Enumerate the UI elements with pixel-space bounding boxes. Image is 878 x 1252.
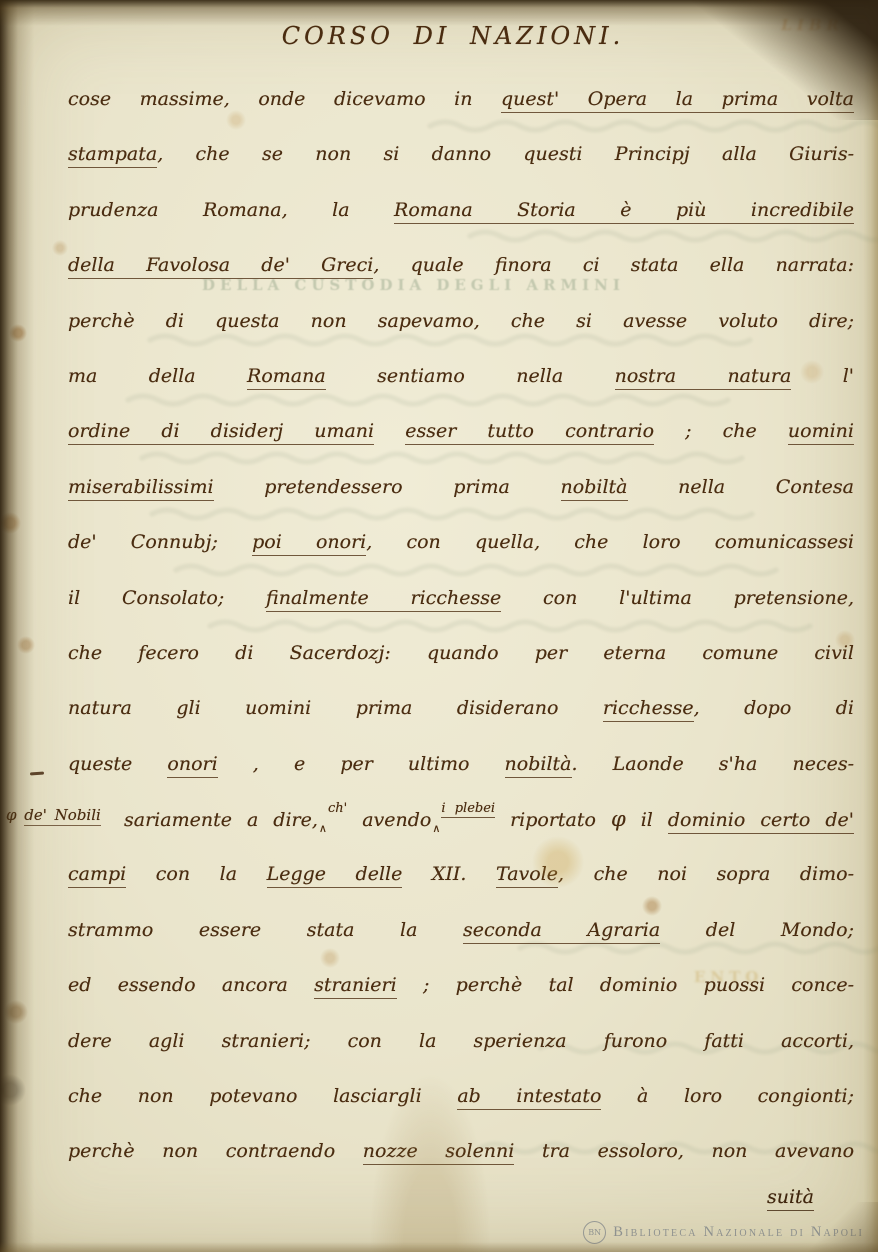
interlinear-insertion: i plebei <box>441 803 495 818</box>
text-segment: , quale finora ci stata ella narrata: <box>373 254 854 276</box>
insertion-mark: φ <box>611 807 626 831</box>
text-segment: l' <box>791 365 854 387</box>
underlined-text: onori <box>167 753 217 778</box>
manuscript-line-14: sariamente a dire,ch' avendoi plebei rip… <box>68 792 854 847</box>
text-segment: dere agli stranieri; con la sperienza fu… <box>68 1030 854 1052</box>
manuscript-line-13: queste onori , e per ultimo nobiltà. Lao… <box>68 737 854 792</box>
text-segment: ; perchè tal dominio puossi conce- <box>397 974 854 996</box>
underlined-text: seconda Agraria <box>463 919 660 944</box>
text-segment: , che noi sopra dimo- <box>558 863 854 885</box>
underlined-text: stampata <box>68 143 157 168</box>
underlined-text: Legge delle <box>267 863 403 888</box>
page-corner-bottom-right <box>808 1202 878 1252</box>
underlined-text: finalmente ricchesse <box>266 587 501 612</box>
text-segment: , che se non si danno questi Principj al… <box>157 143 854 165</box>
text-segment: perchè di questa non sapevamo, che si av… <box>68 310 854 332</box>
manuscript-line-19: che non potevano lasciargli ab intestato… <box>68 1069 854 1124</box>
text-segment: perchè non contraendo <box>68 1140 363 1162</box>
underlined-text: stranieri <box>314 974 397 999</box>
interlinear-insertion: ch' <box>328 803 347 815</box>
text-segment: XII. <box>402 863 496 885</box>
text-segment: del Mondo; <box>660 919 854 941</box>
underlined-text: nobiltà <box>561 476 628 501</box>
manuscript-line-10: il Consolato; finalmente ricchesse con l… <box>68 571 854 626</box>
page-edge-bottom <box>0 1242 878 1252</box>
underlined-text: ricchesse <box>603 697 694 722</box>
underlined-text: Romana <box>247 365 326 390</box>
text-segment: ma della <box>68 365 247 387</box>
text-segment: pretendessero prima <box>214 476 561 498</box>
text-segment: queste <box>68 753 167 775</box>
manuscript-line-4: della Favolosa de' Greci, quale finora c… <box>68 238 854 293</box>
text-segment: con l'ultima pretensione, <box>501 587 854 609</box>
manuscript-line-12: natura gli uomini prima disiderano ricch… <box>68 681 854 736</box>
underlined-text: esser tutto contrario <box>405 420 654 445</box>
text-segment: ; che <box>654 420 788 442</box>
text-segment: sariamente a dire, <box>124 809 318 831</box>
manuscript-line-9: de' Connubj; poi onori, con quella, che … <box>68 515 854 570</box>
manuscript-line-2: stampata, che se non si danno questi Pri… <box>68 127 854 182</box>
manuscript-line-20: perchè non contraendo nozze solenni tra … <box>68 1124 854 1179</box>
underlined-text: dominio certo de' <box>668 809 854 834</box>
manuscript-line-7: ordine di disiderj umani esser tutto con… <box>68 404 854 459</box>
manuscript-line-16: strammo essere stata la seconda Agraria … <box>68 903 854 958</box>
manuscript-line-11: che fecero di Sacerdozj: quando per eter… <box>68 626 854 681</box>
page-corner-top-right <box>688 0 878 120</box>
text-segment: nella Contesa <box>628 476 854 498</box>
text-segment: prudenza Romana, la <box>68 199 394 221</box>
text-segment: con la <box>126 863 266 885</box>
text-segment: ed essendo ancora <box>68 974 314 996</box>
page-edge-left <box>0 0 34 1252</box>
text-segment: riportato <box>495 809 611 831</box>
caret-insertion-icon <box>431 809 441 831</box>
text-segment: , e per ultimo <box>218 753 505 775</box>
caret-insertion-icon <box>318 809 328 831</box>
text-segment <box>374 420 405 442</box>
manuscript-line-8: miserabilissimi pretendessero prima nobi… <box>68 460 854 515</box>
underlined-text: nozze solenni <box>363 1140 515 1165</box>
underlined-text: campi <box>68 863 126 888</box>
text-segment: cose massime, onde dicevamo in <box>68 88 501 110</box>
manuscript-line-17: ed essendo ancora stranieri ; perchè tal… <box>68 958 854 1013</box>
text-segment: che fecero di Sacerdozj: quando per eter… <box>68 642 854 664</box>
library-monogram-icon: BN <box>583 1221 606 1244</box>
margin-note-text: de' Nobili <box>24 806 101 826</box>
page-edge-right <box>864 0 878 1252</box>
underlined-text: miserabilissimi <box>68 476 214 501</box>
text-segment: à loro congionti; <box>601 1085 854 1107</box>
catchword: suità <box>767 1186 814 1211</box>
text-segment: il <box>626 809 668 831</box>
manuscript-line-6: ma della Romana sentiamo nella nostra na… <box>68 349 854 404</box>
manuscript-line-3: prudenza Romana, la Romana Storia è più … <box>68 183 854 238</box>
manuscript-line-18: dere agli stranieri; con la sperienza fu… <box>68 1014 854 1069</box>
text-segment: tra essoloro, non avevano <box>514 1140 854 1162</box>
manuscript-line-15: campi con la Legge delle XII. Tavole, ch… <box>68 847 854 902</box>
text-segment: strammo essere stata la <box>68 919 463 941</box>
text-segment: , dopo di <box>694 697 854 719</box>
underlined-text: Romana Storia è più incredibile <box>394 199 854 224</box>
manuscript-line-5: perchè di questa non sapevamo, che si av… <box>68 294 854 349</box>
underlined-text: uomini <box>788 420 854 445</box>
underlined-text: nostra natura <box>615 365 792 390</box>
text-segment: natura gli uomini prima disiderano <box>68 697 603 719</box>
text-segment: il Consolato; <box>68 587 266 609</box>
underlined-text: della Favolosa de' Greci <box>68 254 373 279</box>
text-segment: , con quella, che loro comunicassesi <box>366 531 854 553</box>
text-segment: . Laonde s'ha neces- <box>572 753 855 775</box>
manuscript-text: cose massime, onde dicevamo in quest' Op… <box>68 72 854 1180</box>
text-segment: che non potevano lasciargli <box>68 1085 457 1107</box>
manuscript-page: DELLA CUSTODIA DEGLI ARMINI LIBR ENTO CO… <box>0 0 878 1252</box>
text-segment: sentiamo nella <box>326 365 615 387</box>
text-segment: de' Connubj; <box>68 531 252 553</box>
underlined-text: poi onori <box>252 531 366 556</box>
text-segment: avendo <box>347 809 431 831</box>
underlined-text: ordine di disiderj umani <box>68 420 374 445</box>
underlined-text: nobiltà <box>505 753 572 778</box>
underlined-text: ab intestato <box>457 1085 601 1110</box>
underlined-text: Tavole <box>496 863 558 888</box>
